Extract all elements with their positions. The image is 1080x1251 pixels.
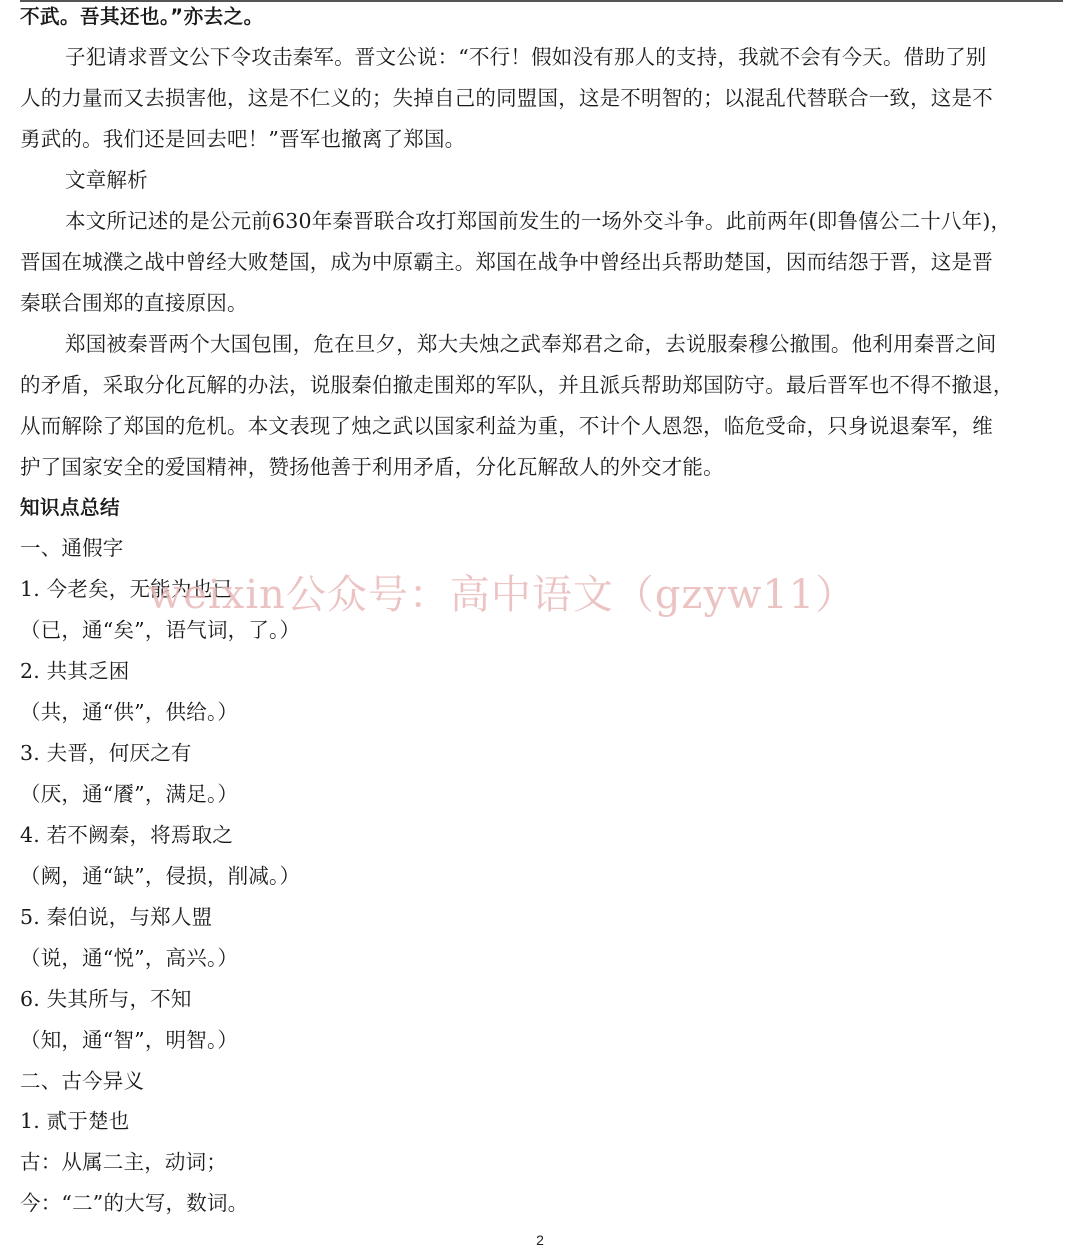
section-1-item-4-sentence: 4. 若不阙秦，将焉取之 bbox=[20, 815, 233, 856]
analysis-p2-line-4: 护了国家安全的爱国精神，赞扬他善于利用矛盾，分化瓦解敌人的外交才能。 bbox=[20, 447, 724, 488]
section-1-item-1-sentence: 1. 今老矣，无能为也已 bbox=[20, 569, 233, 610]
section-2-title: 二、古今异义 bbox=[20, 1061, 144, 1102]
section-1-item-6-sentence: 6. 失其所与，不知 bbox=[20, 979, 192, 1020]
section-1-item-3-sentence: 3. 夫晋，何厌之有 bbox=[20, 733, 192, 774]
analysis-p2-line-1: 郑国被秦晋两个大国包围，危在旦夕，郑大夫烛之武奉郑君之命，去说服秦穆公撤围。他利… bbox=[65, 324, 997, 365]
analysis-p2-line-3: 从而解除了郑国的危机。本文表现了烛之武以国家利益为重，不计个人恩怨，临危受命，只… bbox=[20, 406, 993, 447]
section-1-item-6-note: （知，通“智”，明智。） bbox=[20, 1020, 238, 1061]
section-1-item-5-sentence: 5. 秦伯说，与郑人盟 bbox=[20, 897, 212, 938]
summary-heading: 知识点总结 bbox=[20, 487, 120, 528]
translation-line-2: 人的力量而又去损害他，这是不仁义的；失掉自己的同盟国，这是不明智的；以混乱代替联… bbox=[20, 78, 993, 119]
continuation-line: 不武。吾其还也。”亦去之。 bbox=[20, 0, 264, 37]
section-2-item-1-ancient: 古：从属二主，动词； bbox=[20, 1142, 227, 1183]
section-1-item-2-sentence: 2. 共其乏困 bbox=[20, 651, 129, 692]
section-1-item-4-note: （阙，通“缺”，侵损，削减。） bbox=[20, 856, 300, 897]
analysis-p2-line-2: 的矛盾，采取分化瓦解的办法，说服秦伯撤走围郑的军队，并且派兵帮助郑国防守。最后晋… bbox=[20, 365, 1014, 406]
translation-line-3: 勇武的。我们还是回去吧！”晋军也撤离了郑国。 bbox=[20, 119, 465, 160]
section-1-item-2-note: （共，通“供”，供给。） bbox=[20, 692, 238, 733]
section-1-item-3-note: （厌，通“餍”，满足。） bbox=[20, 774, 238, 815]
page-number: 2 bbox=[0, 1232, 1080, 1248]
section-1-item-1-note: （已，通“矣”，语气词，了。） bbox=[20, 610, 300, 651]
analysis-p1-line-2: 晋国在城濮之战中曾经大败楚国，成为中原霸主。郑国在战争中曾经出兵帮助楚国，因而结… bbox=[20, 242, 993, 283]
section-1-item-5-note: （说，通“悦”，高兴。） bbox=[20, 938, 238, 979]
section-2-item-1-modern: 今：“二”的大写，数词。 bbox=[20, 1183, 248, 1224]
analysis-p1-line-3: 秦联合围郑的直接原因。 bbox=[20, 283, 248, 324]
section-1-title: 一、通假字 bbox=[20, 528, 124, 569]
analysis-p1-line-1: 本文所记述的是公元前630年秦晋联合攻打郑国前发生的一场外交斗争。此前两年(即鲁… bbox=[65, 201, 1011, 242]
translation-line-1: 子犯请求晋文公下令攻击秦军。晋文公说：“不行！假如没有那人的支持，我就不会有今天… bbox=[65, 37, 986, 78]
section-2-item-1-sentence: 1. 贰于楚也 bbox=[20, 1101, 129, 1142]
analysis-heading: 文章解析 bbox=[65, 160, 148, 201]
